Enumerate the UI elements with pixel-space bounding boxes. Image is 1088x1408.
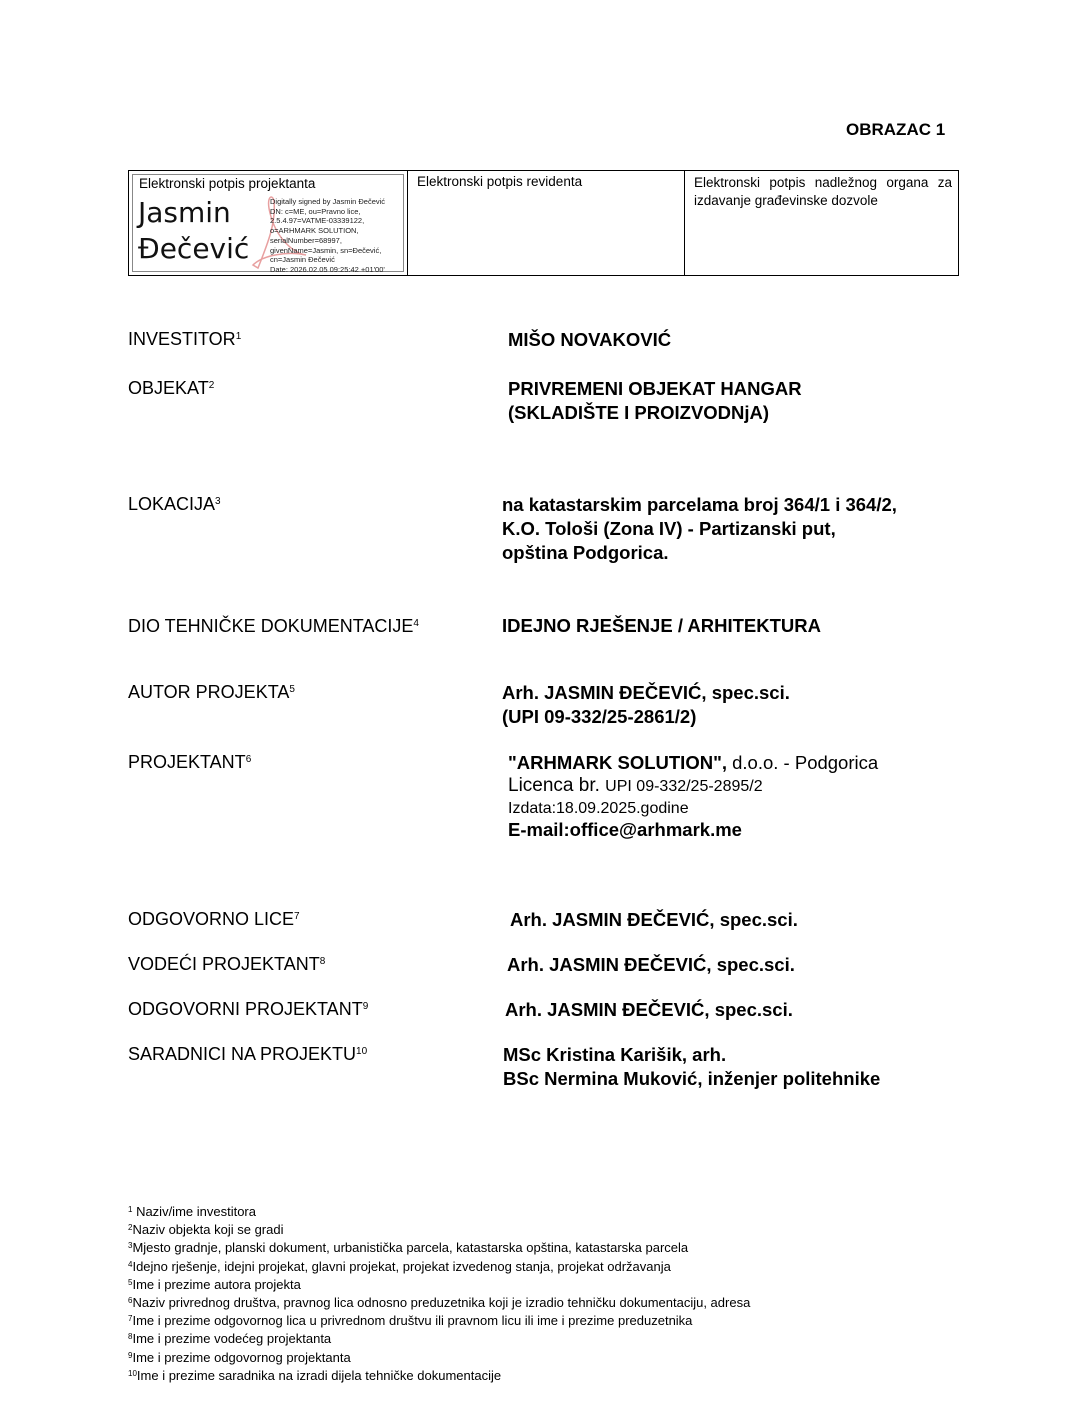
authority-signature-label: Elektronski potpis nadležnog organa za i… bbox=[694, 175, 952, 208]
investitor-label: INVESTITOR1 bbox=[128, 329, 241, 350]
projektant-label: PROJEKTANT6 bbox=[128, 752, 251, 773]
odgovorno-lice-label: ODGOVORNO LICE7 bbox=[128, 909, 300, 930]
footnote: 7Ime i prezime odgovornog lica u privred… bbox=[128, 1311, 750, 1329]
footnote: 10Ime i prezime saradnika na izradi dije… bbox=[128, 1366, 750, 1384]
odgovorno-lice-value: Arh. JASMIN ĐEČEVIĆ, spec.sci. bbox=[510, 908, 798, 932]
footnotes: 1 Naziv/ime investitora 2Naziv objekta k… bbox=[128, 1202, 750, 1384]
investitor-value: MIŠO NOVAKOVIĆ bbox=[508, 328, 671, 352]
dio-dokumentacije-label: DIO TEHNIČKE DOKUMENTACIJE4 bbox=[128, 616, 419, 637]
footnote: 1 Naziv/ime investitora bbox=[128, 1202, 750, 1220]
lokacija-value: na katastarskim parcelama broj 364/1 i 3… bbox=[502, 493, 897, 565]
signer-name: Jasmin Đečević bbox=[138, 195, 249, 267]
form-title: OBRAZAC 1 bbox=[846, 120, 945, 140]
saradnici-value: MSc Kristina Karišik, arh. BSc Nermina M… bbox=[503, 1043, 880, 1091]
odgovorni-projektant-value: Arh. JASMIN ĐEČEVIĆ, spec.sci. bbox=[505, 998, 793, 1022]
designer-signature-label: Elektronski potpis projektanta bbox=[139, 176, 315, 191]
footnote: 2Naziv objekta koji se gradi bbox=[128, 1220, 750, 1238]
footnote: 3Mjesto gradnje, planski dokument, urban… bbox=[128, 1238, 750, 1256]
objekat-label: OBJEKAT2 bbox=[128, 378, 214, 399]
email-link[interactable]: E-mail:office@arhmark.me bbox=[508, 819, 878, 841]
autor-value: Arh. JASMIN ĐEČEVIĆ, spec.sci. (UPI 09-3… bbox=[502, 681, 790, 729]
footnote: 6Naziv privrednog društva, pravnog lica … bbox=[128, 1293, 750, 1311]
footnote: 8Ime i prezime vodećeg projektanta bbox=[128, 1329, 750, 1347]
footnote: 9Ime i prezime odgovornog projektanta bbox=[128, 1348, 750, 1366]
reviewer-signature-cell: Elektronski potpis revidenta bbox=[407, 171, 684, 275]
designer-signature-cell[interactable]: Elektronski potpis projektanta Jasmin Đe… bbox=[129, 171, 407, 275]
projektant-value: "ARHMARK SOLUTION", d.o.o. - Podgorica L… bbox=[508, 751, 878, 841]
dio-dokumentacije-value: IDEJNO RJEŠENJE / ARHITEKTURA bbox=[502, 614, 821, 638]
objekat-value: PRIVREMENI OBJEKAT HANGAR (SKLADIŠTE I P… bbox=[508, 377, 802, 425]
odgovorni-projektant-label: ODGOVORNI PROJEKTANT9 bbox=[128, 999, 368, 1020]
vodeci-projektant-value: Arh. JASMIN ĐEČEVIĆ, spec.sci. bbox=[507, 953, 795, 977]
saradnici-label: SARADNICI NA PROJEKTU10 bbox=[128, 1044, 367, 1065]
vodeci-projektant-label: VODEĆI PROJEKTANT8 bbox=[128, 954, 325, 975]
authority-signature-cell: Elektronski potpis nadležnog organa za i… bbox=[684, 171, 958, 275]
lokacija-label: LOKACIJA3 bbox=[128, 494, 221, 515]
signature-table: Elektronski potpis projektanta Jasmin Đe… bbox=[128, 170, 959, 276]
footnote: 5Ime i prezime autora projekta bbox=[128, 1275, 750, 1293]
signature-details: Digitally signed by Jasmin Đečević DN: c… bbox=[270, 197, 385, 275]
digital-signature-box[interactable]: Elektronski potpis projektanta Jasmin Đe… bbox=[132, 174, 404, 272]
footnote: 4Idejno rješenje, idejni projekat, glavn… bbox=[128, 1257, 750, 1275]
autor-label: AUTOR PROJEKTA5 bbox=[128, 682, 295, 703]
reviewer-signature-label: Elektronski potpis revidenta bbox=[417, 174, 582, 189]
